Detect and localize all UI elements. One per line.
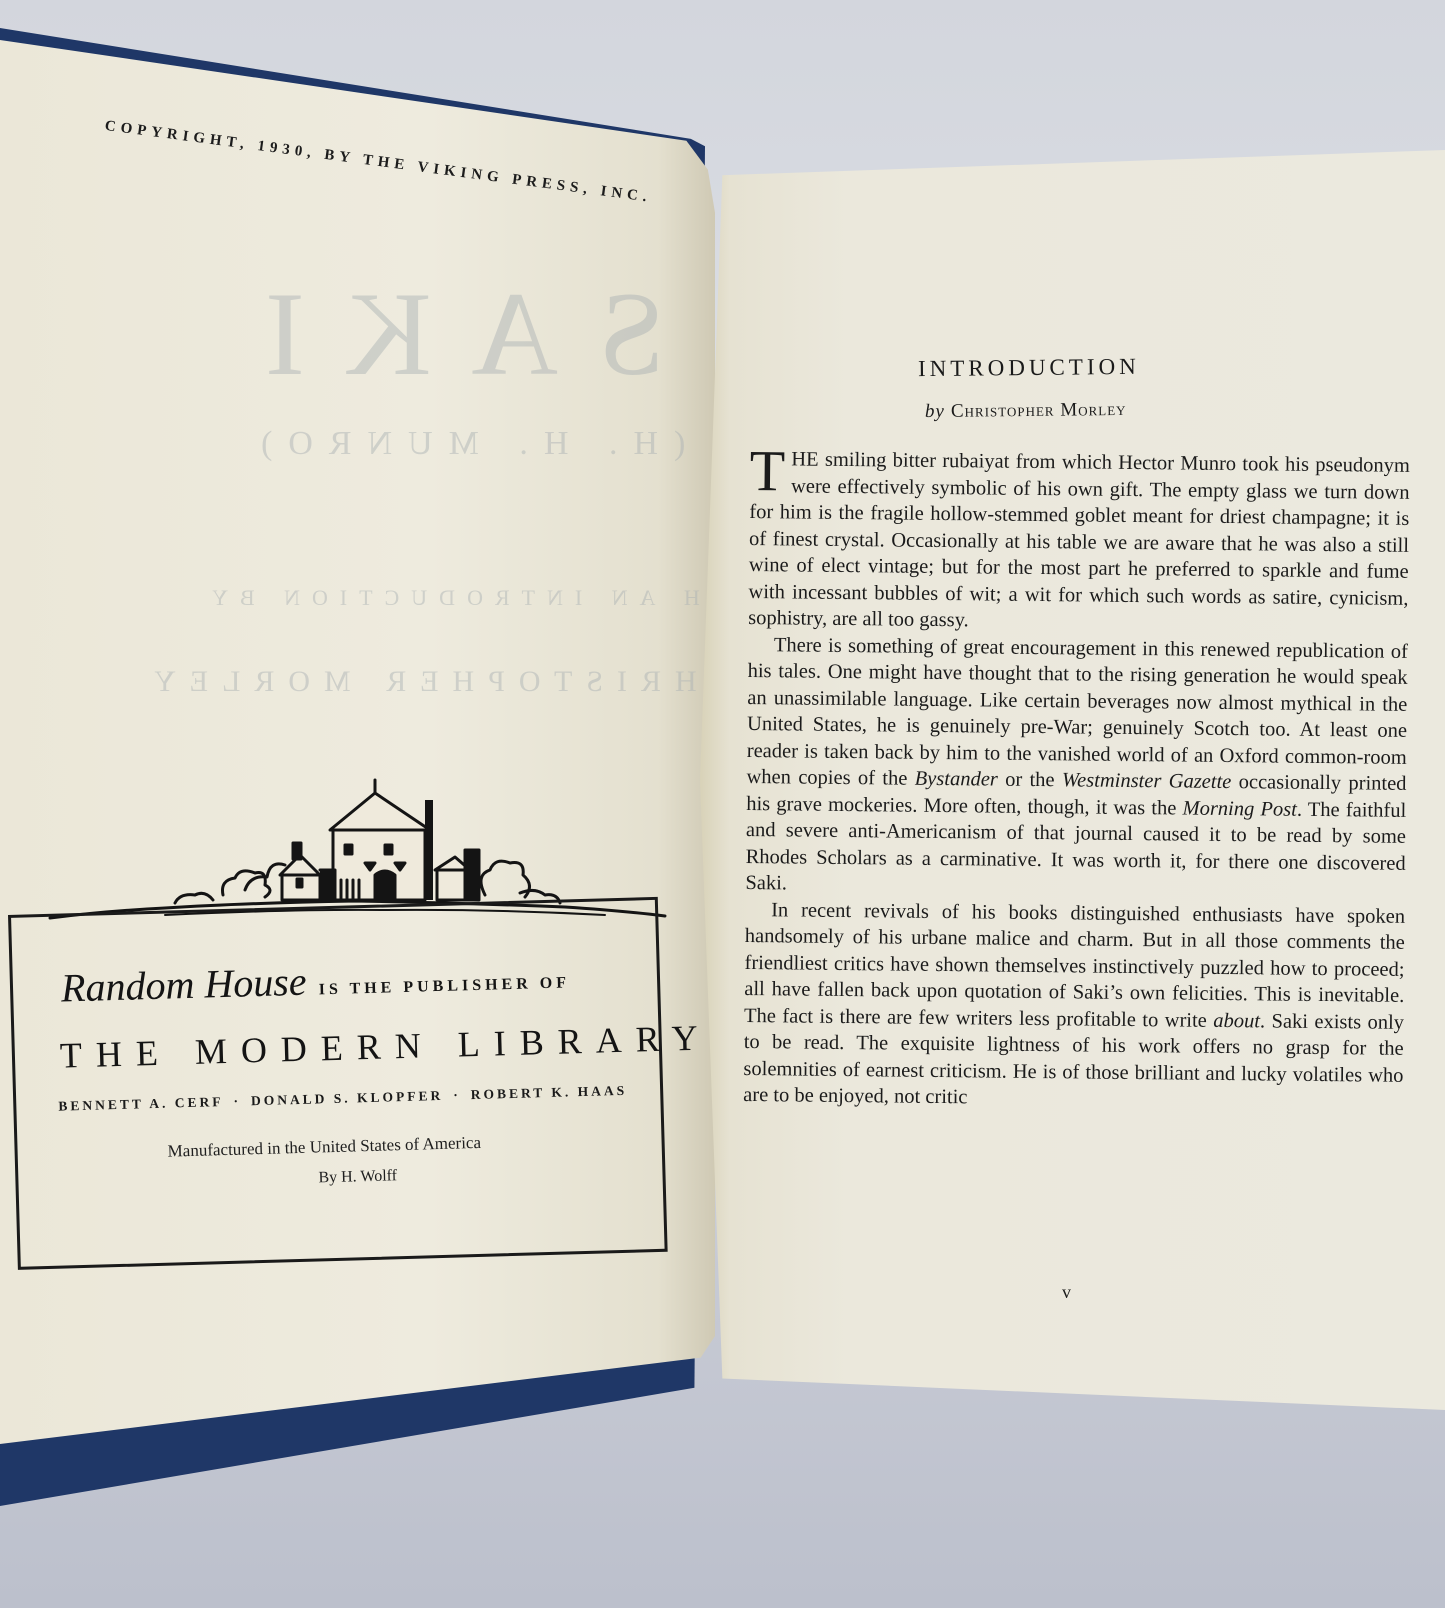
- byline: byChristopher Morley: [925, 399, 1127, 423]
- partner-name: DONALD S. KLOPFER: [251, 1088, 444, 1108]
- italic-title: about: [1213, 1009, 1260, 1031]
- partner-name: ROBERT K. HAAS: [471, 1083, 628, 1102]
- chapter-heading: INTRODUCTION: [918, 354, 1140, 382]
- show-through-author: CHRISTOPHER MORLEY: [140, 665, 731, 699]
- publisher-line: Random HouseIS THE PUBLISHER OF: [60, 950, 570, 1011]
- paragraph: THE smiling bitter rubaiyat from which H…: [748, 446, 1410, 638]
- right-page: INTRODUCTION byChristopher Morley THE sm…: [700, 150, 1445, 1410]
- paragraph: In recent revivals of his books distingu…: [743, 896, 1405, 1115]
- partners-line: BENNETT A. CERF·DONALD S. KLOPFER·ROBERT…: [58, 1083, 627, 1115]
- manufactured-line: Manufactured in the United States of Ame…: [167, 1133, 481, 1162]
- dropcap: T: [749, 448, 785, 494]
- paragraph: There is something of great encouragemen…: [745, 631, 1408, 903]
- publisher-box: Random HouseIS THE PUBLISHER OF THE MODE…: [8, 897, 668, 1270]
- text-run: HE smiling bitter rubaiyat from which He…: [748, 448, 1410, 631]
- publisher-suffix: IS THE PUBLISHER OF: [319, 974, 571, 998]
- partner-name: BENNETT A. CERF: [58, 1094, 224, 1114]
- byline-author: Christopher Morley: [951, 399, 1127, 422]
- page-number: v: [1062, 1282, 1071, 1303]
- italic-title: Morning Post: [1182, 797, 1297, 820]
- show-through-intro: WITH AN INTRODUCTION BY: [200, 585, 777, 611]
- byline-prefix: by: [925, 401, 945, 422]
- italic-title: Westminster Gazette: [1062, 769, 1232, 793]
- text-run: or the: [998, 769, 1062, 792]
- italic-title: Bystander: [915, 768, 998, 791]
- printer-line: By H. Wolff: [318, 1167, 397, 1187]
- imprint-title: THE MODERN LIBRARY: [59, 1016, 712, 1076]
- publisher-name: Random House: [60, 959, 307, 1011]
- show-through-title: SAKI: [225, 265, 665, 403]
- text-run: There is something of great encouragemen…: [746, 634, 1408, 790]
- body-text: THE smiling bitter rubaiyat from which H…: [743, 446, 1410, 1115]
- show-through-subtitle: (H. H. MUNRO): [245, 425, 685, 463]
